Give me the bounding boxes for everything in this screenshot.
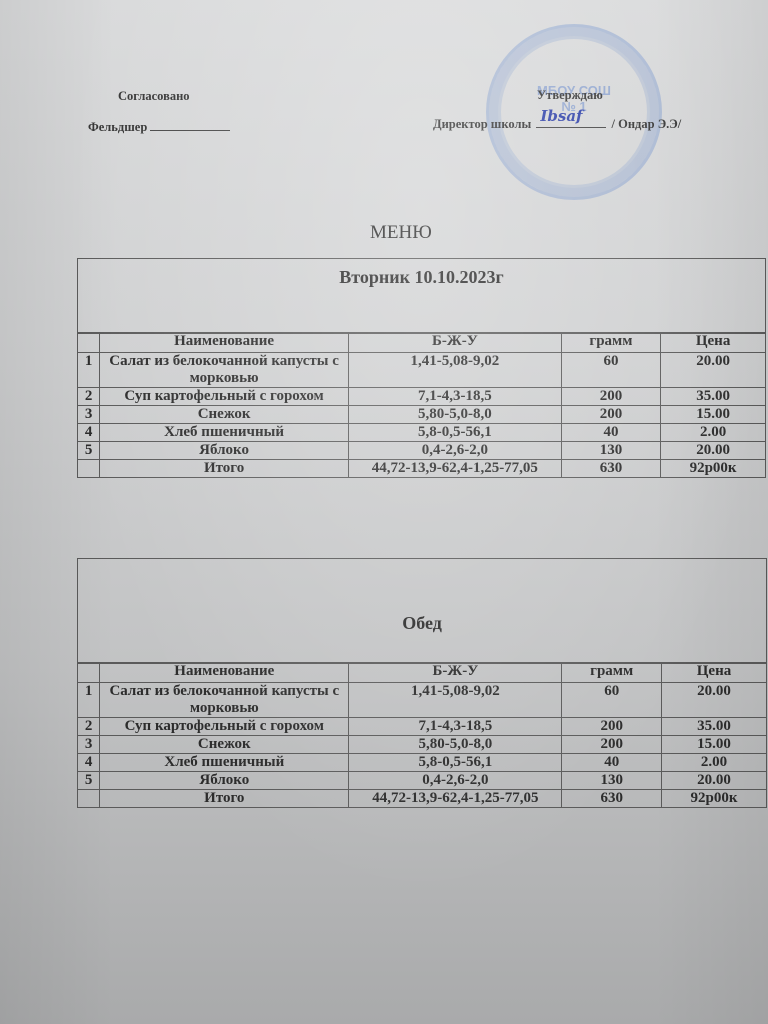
row-name: Салат из белокочанной капусты с морковью [100, 353, 349, 388]
section-2-table: Наименование Б-Ж-У грамм Цена 1 Салат из… [77, 662, 767, 808]
row-num: 2 [78, 388, 100, 406]
section-1-title: Вторник 10.10.2023г [78, 267, 765, 288]
total-num [78, 790, 100, 808]
row-price: 2.00 [662, 754, 767, 772]
total-row: Итого 44,72-13,9-62,4-1,25-77,05 630 92р… [78, 460, 766, 478]
table-row: 2 Суп картофельный с горохом 7,1-4,3-18,… [78, 388, 766, 406]
table-row: 4 Хлеб пшеничный 5,8-0,5-56,1 40 2.00 [78, 424, 766, 442]
row-price: 15.00 [662, 736, 767, 754]
approved-label: Согласовано [118, 89, 190, 104]
row-price: 15.00 [661, 406, 766, 424]
director-signature-line: Ibsaf [536, 115, 606, 128]
row-gram: 200 [562, 736, 662, 754]
section-2-title: Обед [78, 613, 766, 634]
row-bju: 7,1-4,3-18,5 [348, 388, 561, 406]
row-name: Суп картофельный с горохом [100, 388, 349, 406]
table-header-row: Наименование Б-Ж-У грамм Цена [78, 663, 767, 683]
row-name: Яблоко [100, 772, 349, 790]
row-gram: 40 [562, 754, 662, 772]
col-gram: грамм [562, 663, 662, 683]
section-2-title-box: Обед [77, 558, 767, 664]
total-label: Итого [100, 790, 349, 808]
table-row: 1 Салат из белокочанной капусты с морков… [78, 683, 767, 718]
row-bju: 1,41-5,08-9,02 [348, 353, 561, 388]
table-row: 5 Яблоко 0,4-2,6-2,0 130 20.00 [78, 442, 766, 460]
row-name: Снежок [100, 736, 349, 754]
row-bju: 1,41-5,08-9,02 [349, 683, 562, 718]
total-num [78, 460, 100, 478]
row-price: 35.00 [661, 388, 766, 406]
director-field: Директор школы Ibsaf / Ондар Э.Э/ [433, 115, 681, 132]
row-bju: 5,80-5,0-8,0 [348, 406, 561, 424]
col-price: Цена [662, 663, 767, 683]
row-name: Хлеб пшеничный [100, 754, 349, 772]
row-num: 1 [78, 683, 100, 718]
row-gram: 130 [562, 772, 662, 790]
row-bju: 5,80-5,0-8,0 [349, 736, 562, 754]
total-gram: 630 [561, 460, 660, 478]
row-gram: 40 [561, 424, 660, 442]
row-gram: 60 [562, 683, 662, 718]
table-header-row: Наименование Б-Ж-У грамм Цена [78, 333, 766, 353]
row-price: 20.00 [662, 772, 767, 790]
row-num: 3 [78, 736, 100, 754]
paramedic-field: Фельдшер [88, 120, 230, 135]
row-price: 2.00 [661, 424, 766, 442]
row-price: 20.00 [662, 683, 767, 718]
row-name: Яблоко [100, 442, 349, 460]
total-label: Итого [100, 460, 349, 478]
row-bju: 0,4-2,6-2,0 [348, 442, 561, 460]
total-bju: 44,72-13,9-62,4-1,25-77,05 [349, 790, 562, 808]
col-num [78, 663, 100, 683]
row-num: 1 [78, 353, 100, 388]
row-price: 20.00 [661, 442, 766, 460]
row-num: 4 [78, 424, 100, 442]
row-gram: 200 [561, 406, 660, 424]
row-gram: 200 [561, 388, 660, 406]
approve-label: Утверждаю [537, 88, 603, 103]
col-price: Цена [661, 333, 766, 353]
director-signature: Ibsaf [540, 107, 582, 125]
photo-lighting-overlay [0, 0, 768, 1024]
table-row: 5 Яблоко 0,4-2,6-2,0 130 20.00 [78, 772, 767, 790]
menu-document-photo: МБОУ СОШ № 1 Согласовано Фельдшер Утверж… [0, 0, 768, 1024]
row-name: Снежок [100, 406, 349, 424]
director-name: / Ондар Э.Э/ [612, 117, 682, 131]
row-gram: 60 [561, 353, 660, 388]
row-gram: 200 [562, 718, 662, 736]
col-gram: грамм [561, 333, 660, 353]
row-gram: 130 [561, 442, 660, 460]
director-label: Директор школы [433, 117, 531, 131]
row-name: Суп картофельный с горохом [100, 718, 349, 736]
row-bju: 5,8-0,5-56,1 [348, 424, 561, 442]
row-name: Хлеб пшеничный [100, 424, 349, 442]
row-num: 3 [78, 406, 100, 424]
section-1-table: Наименование Б-Ж-У грамм Цена 1 Салат из… [77, 332, 766, 478]
table-row: 4 Хлеб пшеничный 5,8-0,5-56,1 40 2.00 [78, 754, 767, 772]
row-num: 2 [78, 718, 100, 736]
total-row: Итого 44,72-13,9-62,4-1,25-77,05 630 92р… [78, 790, 767, 808]
total-price: 92р00к [662, 790, 767, 808]
section-1-title-box: Вторник 10.10.2023г [77, 258, 766, 334]
table-row: 1 Салат из белокочанной капусты с морков… [78, 353, 766, 388]
total-gram: 630 [562, 790, 662, 808]
col-name: Наименование [100, 663, 349, 683]
row-num: 4 [78, 754, 100, 772]
col-bju: Б-Ж-У [349, 663, 562, 683]
total-price: 92р00к [661, 460, 766, 478]
table-row: 2 Суп картофельный с горохом 7,1-4,3-18,… [78, 718, 767, 736]
col-bju: Б-Ж-У [348, 333, 561, 353]
row-bju: 0,4-2,6-2,0 [349, 772, 562, 790]
row-num: 5 [78, 772, 100, 790]
col-name: Наименование [100, 333, 349, 353]
row-name: Салат из белокочанной капусты с морковью [100, 683, 349, 718]
document-title: МЕНЮ [370, 222, 432, 244]
total-bju: 44,72-13,9-62,4-1,25-77,05 [348, 460, 561, 478]
col-num [78, 333, 100, 353]
row-bju: 5,8-0,5-56,1 [349, 754, 562, 772]
table-row: 3 Снежок 5,80-5,0-8,0 200 15.00 [78, 736, 767, 754]
row-price: 20.00 [661, 353, 766, 388]
row-price: 35.00 [662, 718, 767, 736]
row-num: 5 [78, 442, 100, 460]
table-row: 3 Снежок 5,80-5,0-8,0 200 15.00 [78, 406, 766, 424]
paramedic-signature-line [150, 120, 230, 131]
row-bju: 7,1-4,3-18,5 [349, 718, 562, 736]
paramedic-label: Фельдшер [88, 120, 147, 134]
